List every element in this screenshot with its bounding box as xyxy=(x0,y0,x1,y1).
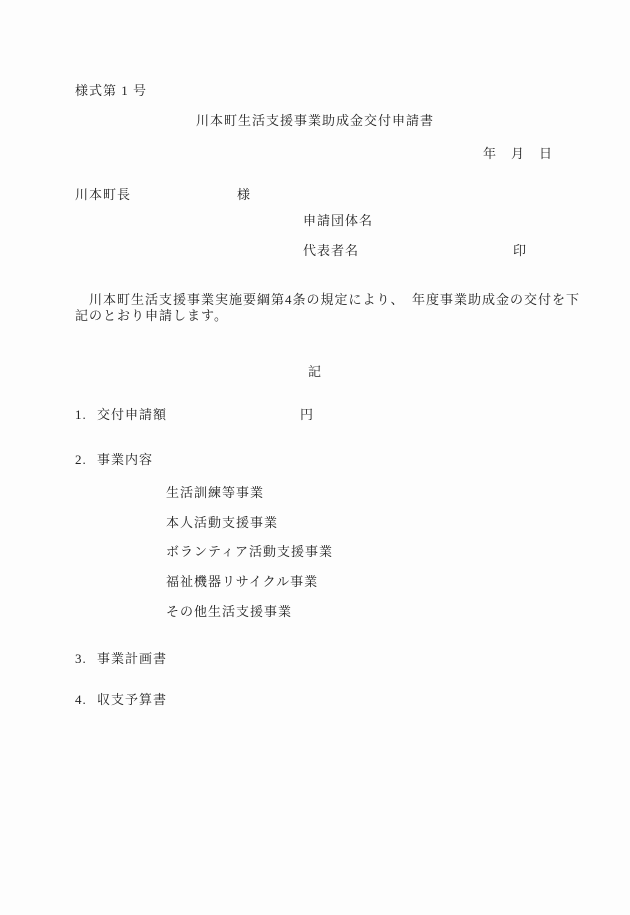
item-4-label: 収支予算書 xyxy=(97,693,167,707)
item-1-label: 交付申請額 xyxy=(97,408,167,422)
applicant-group-label: 申請団体名 xyxy=(303,214,373,228)
record-marker: 記 xyxy=(0,365,630,379)
document-title: 川本町生活支援事業助成金交付申請書 xyxy=(0,114,630,128)
item-4-number: 4. xyxy=(75,693,87,707)
body-paragraph: 川本町生活支援事業実施要綱第4条の規定により、 年度事業助成金の交付を下 記のと… xyxy=(75,292,575,323)
item-3-label: 事業計画書 xyxy=(97,652,167,666)
body-paragraph-line2: 記のとおり申請します。 xyxy=(75,308,575,324)
item-1-unit-yen: 円 xyxy=(300,408,314,422)
addressee-honorific: 様 xyxy=(237,188,251,202)
form-number: 様式第 1 号 xyxy=(75,84,147,98)
application-form-page: 様式第 1 号 川本町生活支援事業助成金交付申請書 年 月 日 川本町長 様 申… xyxy=(0,0,630,915)
addressee-name: 川本町長 xyxy=(75,188,131,202)
item-3-number: 3. xyxy=(75,652,87,666)
item-1-number: 1. xyxy=(75,408,87,422)
business-type-3: ボランティア活動支援事業 xyxy=(166,545,333,559)
business-type-2: 本人活動支援事業 xyxy=(166,516,278,530)
representative-label: 代表者名 xyxy=(303,244,359,258)
item-2-number: 2. xyxy=(75,453,87,467)
date-line: 年 月 日 xyxy=(483,147,553,161)
business-type-4: 福祉機器リサイクル事業 xyxy=(166,575,318,589)
item-2-label: 事業内容 xyxy=(97,453,153,467)
body-paragraph-line1: 川本町生活支援事業実施要綱第4条の規定により、 年度事業助成金の交付を下 xyxy=(75,292,575,308)
business-type-1: 生活訓練等事業 xyxy=(166,486,264,500)
business-type-5: その他生活支援事業 xyxy=(166,605,292,619)
seal-label: 印 xyxy=(513,244,527,258)
